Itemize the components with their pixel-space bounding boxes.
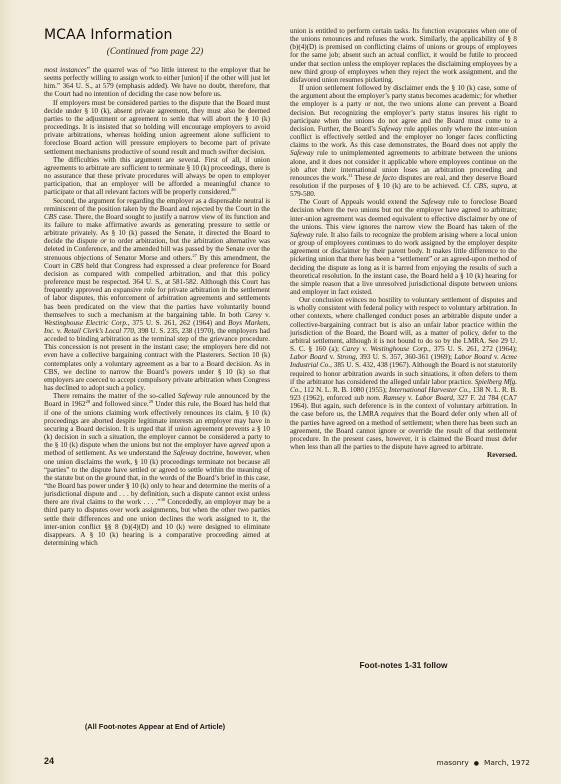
disposition-reversed: Reversed. <box>290 451 517 459</box>
paragraph: The difficulties with this argument are … <box>44 156 270 197</box>
paragraph: Our conclusion evinces no hostility to v… <box>290 296 517 451</box>
page-edge-shadow <box>0 0 14 784</box>
left-column: most instances” the quarrel was of “so l… <box>44 66 270 547</box>
paragraph: If union settlement followed by disclaim… <box>290 84 517 198</box>
issue-date: March, 1972 <box>484 758 530 767</box>
continued-from-note: (Continued from page 22) <box>44 47 266 57</box>
bullet-separator-icon: ● <box>474 760 479 767</box>
footnote-ref: 26 <box>231 187 236 192</box>
right-column: union is entitled to perform certain tas… <box>290 27 517 459</box>
paragraph: most instances” the quarrel was of “so l… <box>44 66 270 99</box>
paragraph: Second, the argument for regarding the e… <box>44 197 270 393</box>
paragraph: There remains the matter of the so-calle… <box>44 392 270 547</box>
paragraph: If employers must be considered parties … <box>44 99 270 156</box>
publication-name: masonry <box>437 758 469 767</box>
paragraph: The Court of Appeals would extend the Sa… <box>290 198 517 296</box>
paragraph: union is entitled to perform certain tas… <box>290 27 517 84</box>
section-title: MCAA Information <box>44 27 173 43</box>
running-footer: masonry●March, 1972 <box>430 758 530 767</box>
footnotes-follow-note: Foot-notes 1-31 follow <box>290 660 517 670</box>
page-number: 24 <box>44 756 54 766</box>
footnotes-location-note: (All Foot-notes Appear at End of Article… <box>44 722 266 731</box>
